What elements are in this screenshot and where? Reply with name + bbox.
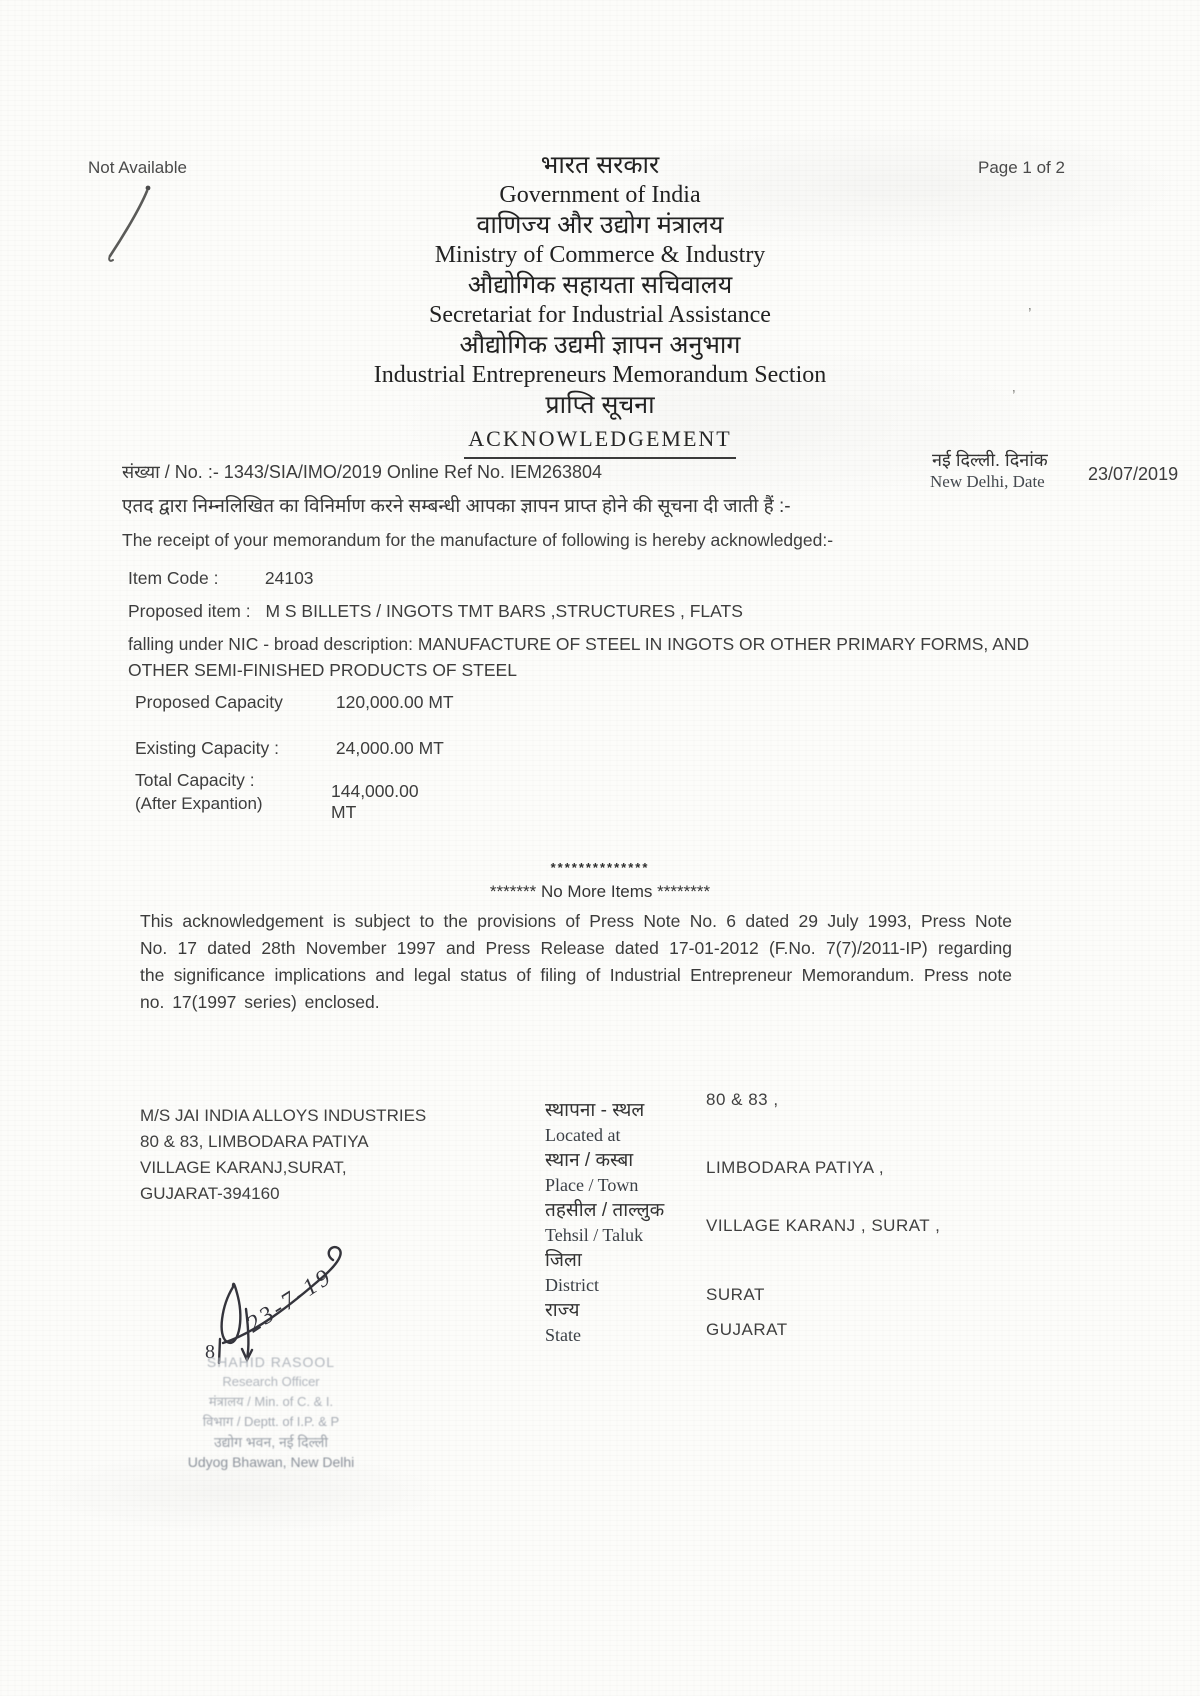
- item-code-value: 24103: [265, 568, 314, 588]
- applicant-address-line: VILLAGE KARANJ,SURAT,: [140, 1155, 426, 1181]
- stamp-building-hindi: उद्योग भवन, नई दिल्ली: [126, 1432, 416, 1452]
- stamp-officer-name: SHAHID RASOOL: [126, 1352, 416, 1372]
- proposed-capacity-row: Proposed Capacity 120,000.00 MT: [135, 692, 454, 713]
- notice-paragraph: This acknowledgement is subject to the p…: [140, 908, 1012, 1016]
- total-capacity-label: Total Capacity : (After Expantion): [135, 770, 331, 814]
- applicant-address-line: 80 & 83, LIMBODARA PATIYA: [140, 1129, 426, 1155]
- date-place-label-hindi: नई दिल्ली. दिनांक: [932, 448, 1048, 472]
- header-line-hindi: प्राप्ति सूचना: [0, 390, 1200, 420]
- existing-capacity-row: Existing Capacity : 24,000.00 MT: [135, 738, 444, 759]
- stamp-designation: Research Officer: [126, 1372, 416, 1392]
- total-capacity-value: 144,000.00 MT: [331, 781, 419, 823]
- proposed-item-row: Proposed item : M S BILLETS / INGOTS TMT…: [128, 601, 743, 622]
- header-line-english: Government of India: [0, 180, 1200, 210]
- place-town-value: LIMBODARA PATIYA ,: [706, 1158, 884, 1178]
- no-more-items-line: ******* No More Items ********: [0, 882, 1200, 902]
- district-label-hindi: जिला: [545, 1248, 664, 1273]
- located-at-label-english: Located at: [545, 1123, 664, 1148]
- stamp-ministry: मंत्रालय / Min. of C. & I.: [126, 1392, 416, 1412]
- item-code-row: Item Code : 24103: [128, 568, 314, 589]
- office-stamp: SHAHID RASOOL Research Officer मंत्रालय …: [126, 1352, 416, 1472]
- acknowledgement-title: ACKNOWLEDGEMENT: [464, 422, 735, 459]
- located-at-value: 80 & 83 ,: [706, 1090, 779, 1110]
- stamp-department: विभाग / Deptt. of I.P. & P: [126, 1412, 416, 1432]
- letterhead: भारत सरकार Government of India वाणिज्य औ…: [0, 150, 1200, 456]
- item-code-label: Item Code :: [128, 568, 260, 589]
- proposed-item-value: M S BILLETS / INGOTS TMT BARS ,STRUCTURE…: [265, 601, 742, 621]
- header-line-english: Industrial Entrepreneurs Memorandum Sect…: [0, 360, 1200, 390]
- header-line-hindi: वाणिज्य और उद्योग मंत्रालय: [0, 210, 1200, 240]
- header-line-hindi: औद्योगिक उद्यमी ज्ञापन अनुभाग: [0, 330, 1200, 360]
- tehsil-taluk-label-hindi: तहसील / ताल्लुक: [545, 1198, 664, 1223]
- total-capacity-label-line1: Total Capacity :: [135, 770, 255, 790]
- intro-sentence-english: The receipt of your memorandum for the m…: [122, 530, 833, 551]
- header-line-english: Secretariat for Industrial Assistance: [0, 300, 1200, 330]
- proposed-capacity-value: 120,000.00 MT: [336, 692, 454, 712]
- state-label-english: State: [545, 1323, 664, 1348]
- proposed-capacity-label: Proposed Capacity: [135, 692, 331, 713]
- nic-description: falling under NIC - broad description: M…: [128, 631, 1048, 683]
- header-line-english: Ministry of Commerce & Industry: [0, 240, 1200, 270]
- total-capacity-label-line2: (After Expantion): [135, 794, 331, 814]
- existing-capacity-value: 24,000.00 MT: [336, 738, 444, 758]
- place-town-label-english: Place / Town: [545, 1173, 664, 1198]
- header-line-hindi: भारत सरकार: [0, 150, 1200, 180]
- state-label-hindi: राज्य: [545, 1298, 664, 1323]
- header-line-hindi: औद्योगिक सहायता सचिवालय: [0, 270, 1200, 300]
- date-value: 23/07/2019: [1088, 464, 1178, 485]
- tehsil-taluk-value: VILLAGE KARANJ , SURAT ,: [706, 1216, 940, 1236]
- place-town-label-hindi: स्थान / कस्बा: [545, 1148, 664, 1173]
- total-capacity-row: Total Capacity : (After Expantion) 144,0…: [135, 770, 331, 814]
- tehsil-taluk-label-english: Tehsil / Taluk: [545, 1223, 664, 1248]
- location-labels-column: स्थापना - स्थल Located at स्थान / कस्बा …: [545, 1098, 664, 1348]
- signature: 8 23-7-19: [193, 1225, 388, 1365]
- intro-sentence-hindi: एतद द्वारा निम्नलिखित का विनिर्माण करने …: [122, 492, 791, 518]
- located-at-label-hindi: स्थापना - स्थल: [545, 1098, 664, 1123]
- applicant-address-line: GUJARAT-394160: [140, 1181, 426, 1207]
- applicant-name: M/S JAI INDIA ALLOYS INDUSTRIES: [140, 1103, 426, 1129]
- signature-date: 23-7-19: [242, 1263, 337, 1338]
- stamp-building-english: Udyog Bhawan, New Delhi: [126, 1452, 416, 1472]
- proposed-item-label: Proposed item :: [128, 601, 251, 621]
- date-place-label-english: New Delhi, Date: [930, 472, 1045, 492]
- reference-number-line: संख्या / No. :- 1343/SIA/IMO/2019 Online…: [122, 460, 602, 484]
- district-label-english: District: [545, 1273, 664, 1298]
- district-value: SURAT: [706, 1285, 765, 1305]
- existing-capacity-label: Existing Capacity :: [135, 738, 331, 759]
- document-page: Not Available Page 1 of 2 ’ ’ भारत सरकार…: [0, 0, 1200, 1696]
- state-value: GUJARAT: [706, 1320, 788, 1340]
- applicant-address-block: M/S JAI INDIA ALLOYS INDUSTRIES 80 & 83,…: [140, 1103, 426, 1207]
- stars-separator: **************: [0, 860, 1200, 875]
